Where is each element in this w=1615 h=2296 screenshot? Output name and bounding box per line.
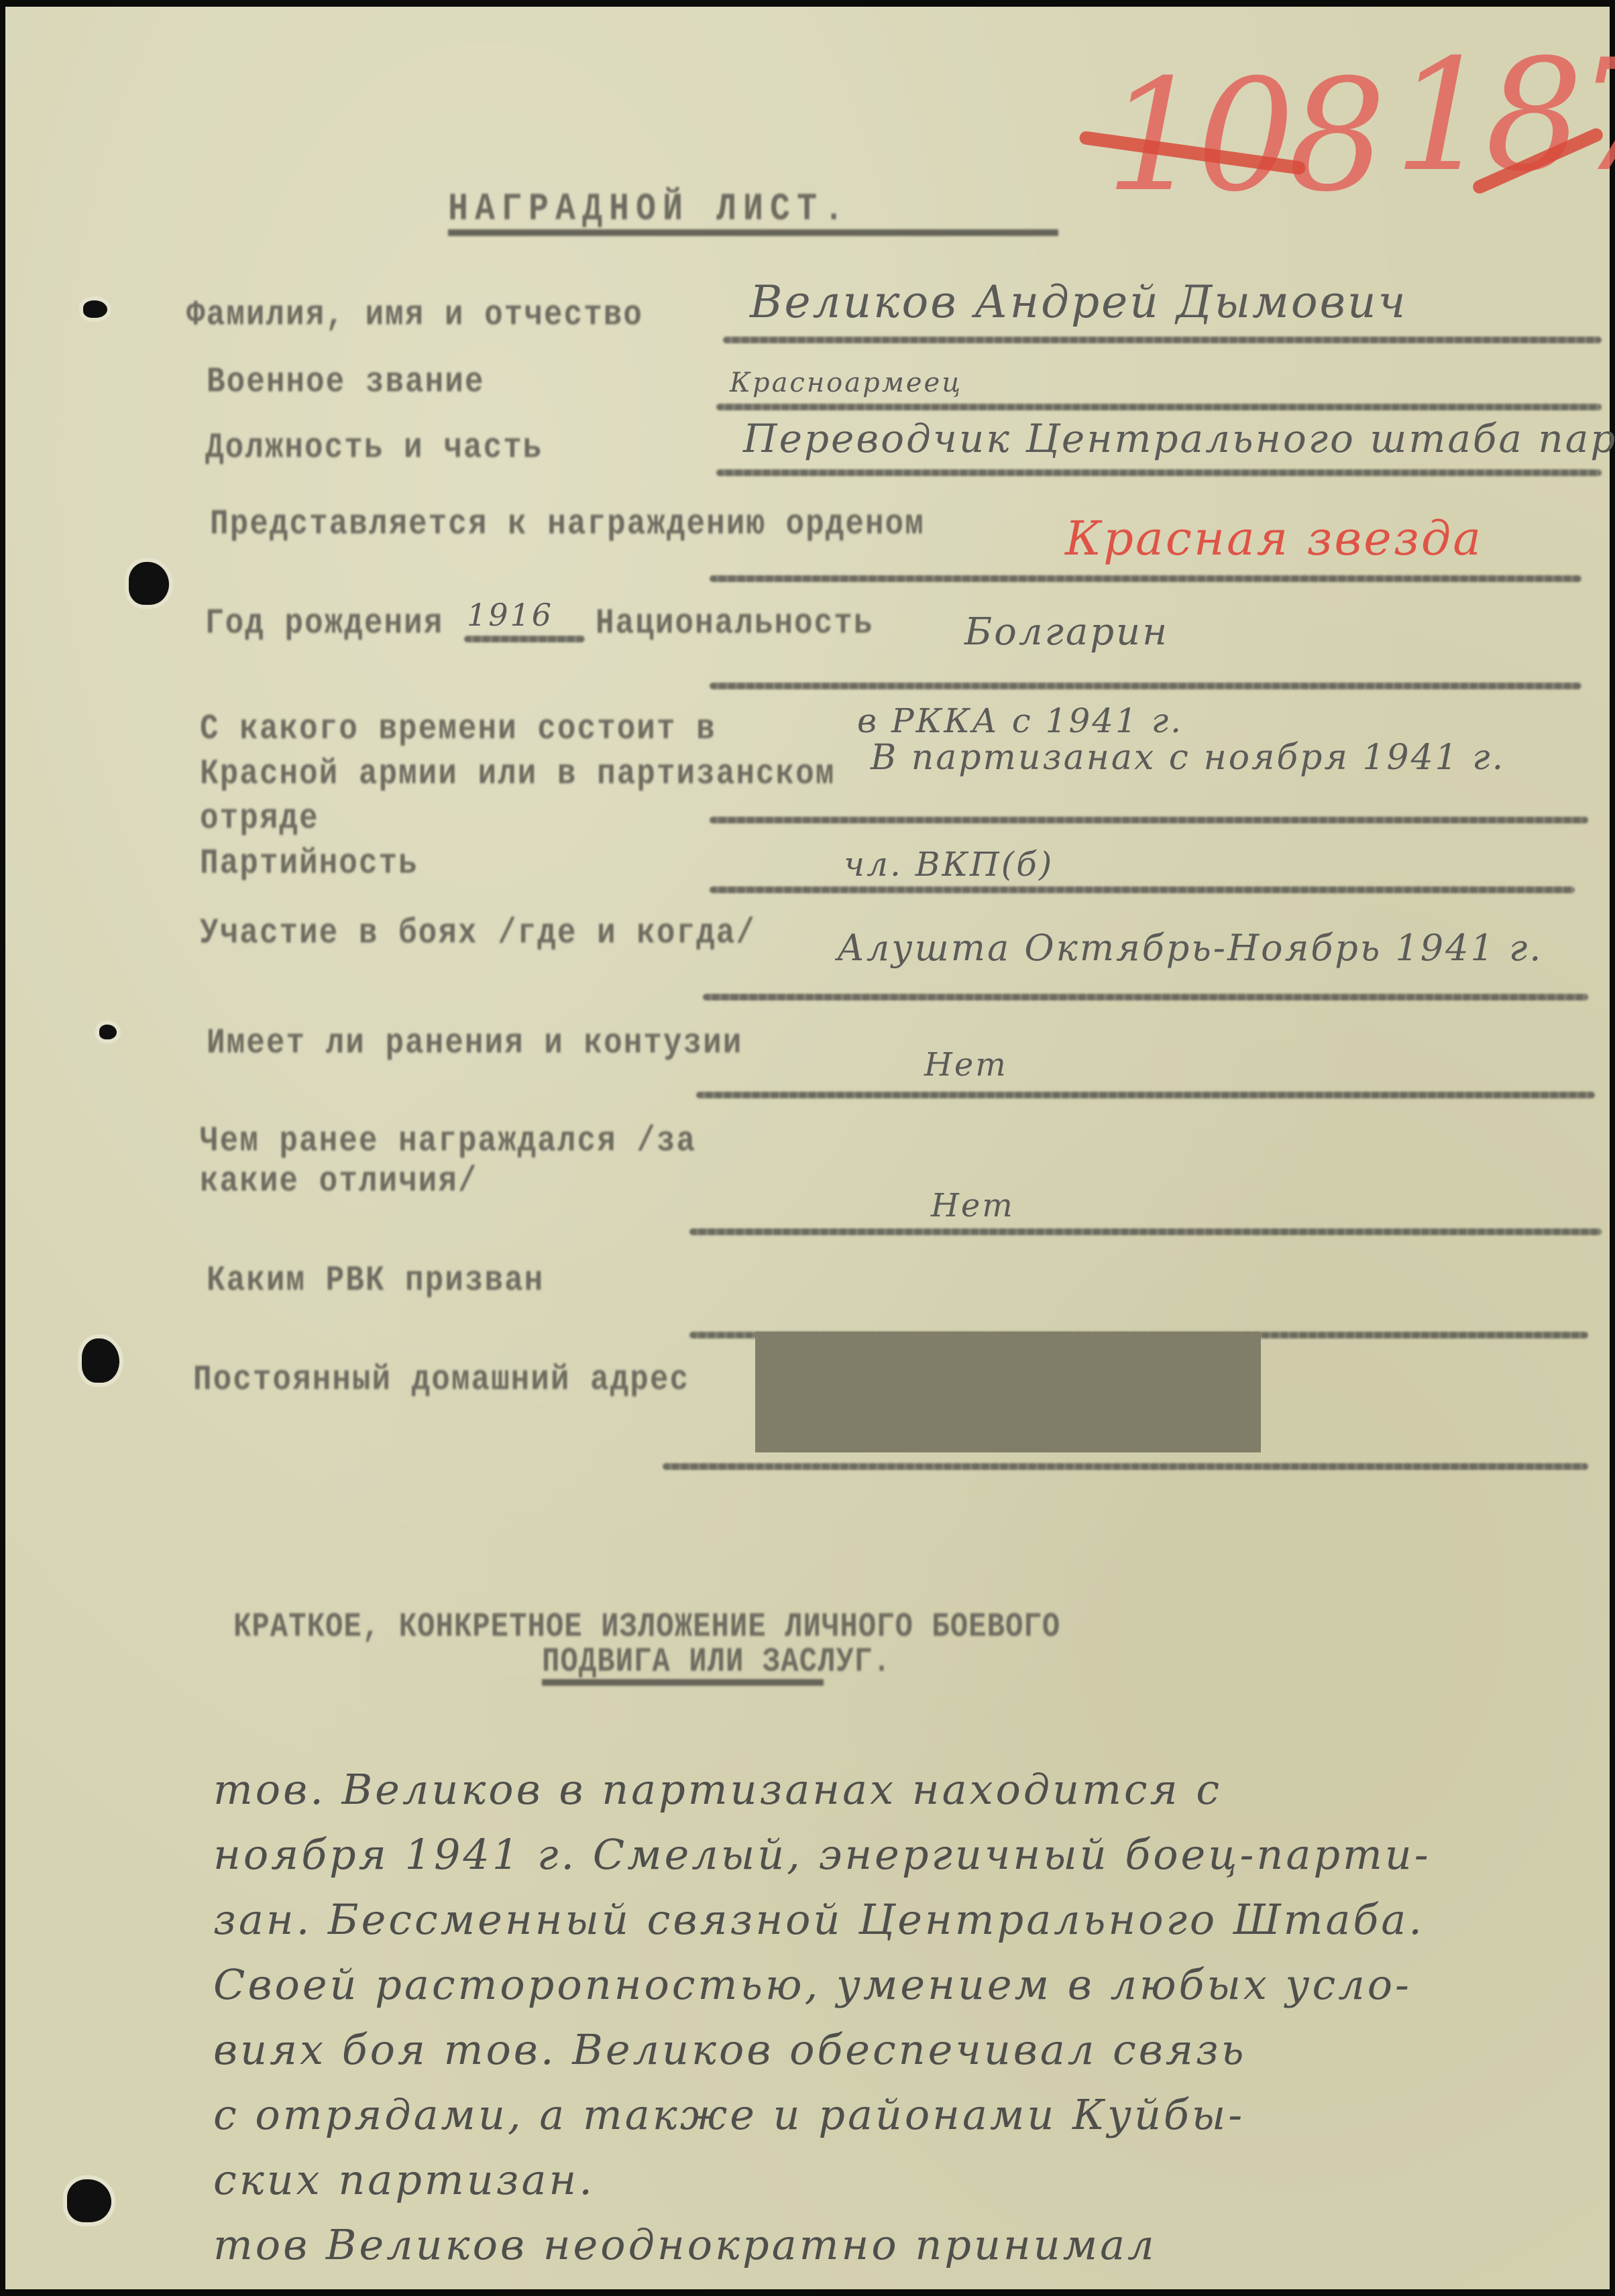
- punch-hole: [129, 562, 169, 605]
- narrative-line: тов Великов неоднократно принимал: [213, 2212, 1421, 2277]
- fill-line: [689, 1228, 1602, 1235]
- value-military-rank: Красноармеец: [730, 367, 962, 398]
- redacted-address-block: [755, 1332, 1261, 1452]
- value-wounds: Нет: [924, 1046, 1008, 1084]
- value-service-army: в РККА с 1941 г.: [857, 701, 1183, 740]
- narrative-heading-underline: [542, 1679, 824, 1686]
- label-previous-awards-text: Чем ранее награждался /за какие отличия/: [200, 1121, 696, 1202]
- fill-line: [710, 817, 1588, 823]
- value-service-partisan: В партизанах с ноября 1941 г.: [871, 738, 1505, 778]
- narrative-line: виях боя тов. Великов обеспечивал связь: [213, 2017, 1421, 2082]
- punch-hole: [67, 2179, 111, 2222]
- fill-line: [716, 404, 1602, 410]
- punch-hole: [82, 1338, 119, 1383]
- page-title: НАГРАДНОЙ ЛИСТ.: [448, 188, 850, 232]
- sheet-number-struck: 108: [1105, 47, 1380, 226]
- fill-line: [464, 636, 585, 642]
- narrative-line: зан. Бессменный связной Центрального Шта…: [213, 1887, 1421, 1952]
- narrative-heading-line1: КРАТКОЕ, КОНКРЕТНОЕ ИЗЛОЖЕНИЕ ЛИЧНОГО БО…: [233, 1608, 1060, 1647]
- value-battles: Алушта Октябрь-Ноябрь 1941 г.: [837, 927, 1543, 969]
- value-previous-awards: Нет: [931, 1187, 1015, 1224]
- label-order-nomination: Представляется к награждению орденом: [210, 504, 925, 544]
- fill-line: [723, 337, 1602, 343]
- narrative-line: тов. Великов в партизанах находится с: [213, 1757, 1421, 1822]
- narrative-line: ских партизан.: [213, 2147, 1421, 2212]
- narrative-heading-line2: ПОДВИГА ИЛИ ЗАСЛУГ.: [542, 1643, 891, 1682]
- narrative-line: с отрядами, а также и районами Куйбы-: [213, 2082, 1421, 2147]
- label-draft-office: Каким РВК призван: [207, 1261, 544, 1301]
- label-party: Партийность: [200, 844, 419, 884]
- label-wounds: Имеет ли ранения и контузии: [207, 1023, 742, 1064]
- value-full-name: Великов Андрей Дымович: [750, 276, 1408, 328]
- value-birth-year: 1916: [467, 597, 553, 633]
- fill-line: [663, 1463, 1588, 1470]
- narrative-line: ноября 1941 г. Смелый, энергичный боец-п…: [213, 1822, 1421, 1887]
- label-previous-awards: Чем ранее награждался /за какие отличия/: [200, 1121, 777, 1202]
- label-home-address: Постоянный домашний адрес: [193, 1360, 689, 1400]
- fill-line: [710, 683, 1581, 689]
- fill-line: [703, 994, 1588, 1000]
- label-position-unit: Должность и часть: [205, 428, 543, 468]
- narrative-text: тов. Великов в партизанах находится с но…: [213, 1757, 1421, 2277]
- narrative-line: Своей расторопностью, умением в любых ус…: [213, 1952, 1421, 2017]
- label-birth-year: Год рождения: [205, 604, 443, 644]
- label-military-rank: Военное звание: [207, 362, 484, 402]
- fill-line: [710, 575, 1581, 582]
- value-nationality: Болгарин: [964, 610, 1169, 654]
- punch-hole: [83, 300, 107, 318]
- value-order-nomination: Красная звезда: [1065, 511, 1483, 566]
- label-nationality: Национальность: [596, 604, 873, 644]
- label-battles: Участие в боях /где и когда/: [200, 913, 756, 954]
- fill-line: [710, 886, 1575, 893]
- label-full-name: Фамилия, имя и отчество: [186, 295, 643, 335]
- fill-line: [696, 1092, 1595, 1098]
- punch-hole: [99, 1025, 117, 1039]
- value-party: чл. ВКП(б): [844, 845, 1054, 884]
- title-underline: [448, 229, 1058, 236]
- value-position-unit: Переводчик Центрального штаба партизан: [743, 416, 1615, 461]
- award-sheet: 108 187 НАГРАДНОЙ ЛИСТ. Фамилия, имя и о…: [5, 7, 1610, 2289]
- fill-line: [716, 469, 1602, 476]
